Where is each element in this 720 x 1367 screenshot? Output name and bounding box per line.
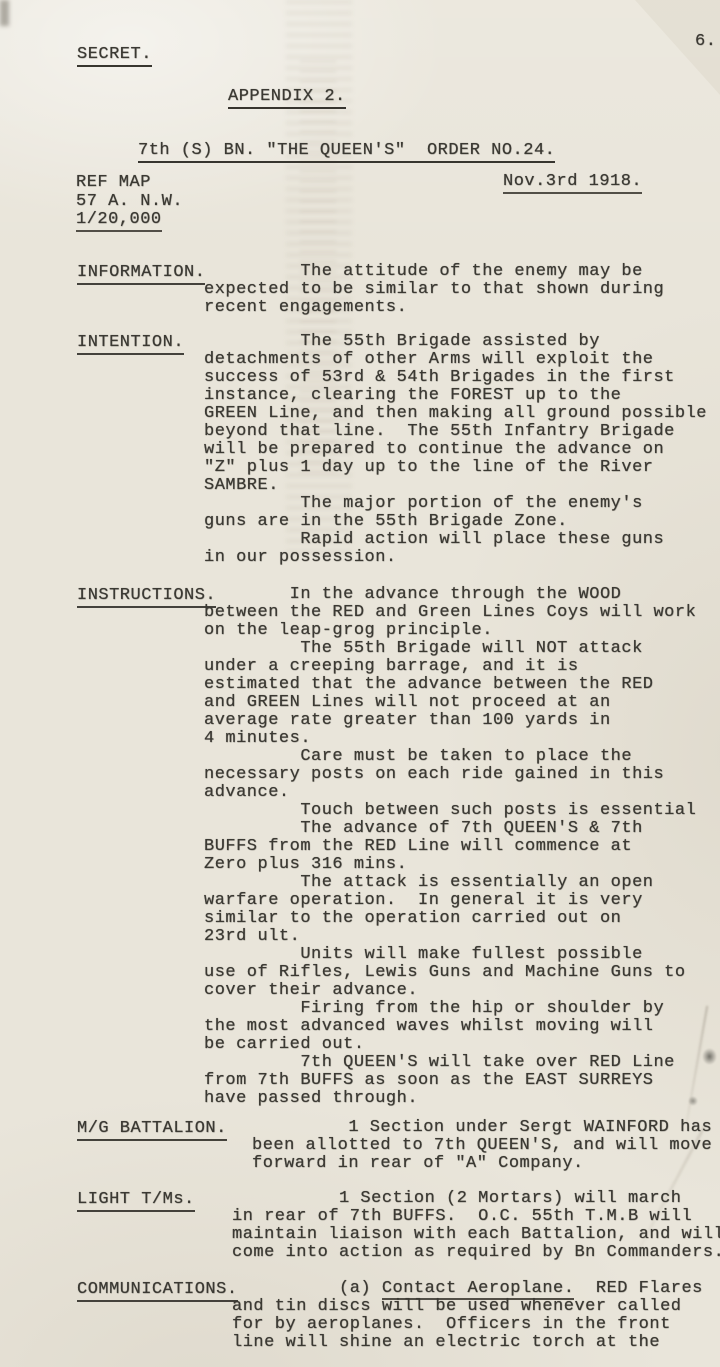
- section-body: The attitude of the enemy may beexpected…: [204, 263, 664, 317]
- body-line: Care must be taken to place the: [204, 748, 696, 766]
- body-line: "Z" plus 1 day up to the line of the Riv…: [204, 459, 707, 477]
- body-line: similar to the operation carried out on: [204, 910, 696, 928]
- body-line: come into action as required by Bn Comma…: [232, 1244, 720, 1262]
- body-line: success of 53rd & 54th Brigades in the f…: [204, 369, 707, 387]
- body-line: necessary posts on each ride gained in t…: [204, 766, 696, 784]
- body-line: warfare operation. In general it is very: [204, 892, 696, 910]
- body-line: Units will make fullest possible: [204, 946, 696, 964]
- body-line: The attack is essentially an open: [204, 874, 696, 892]
- body-line: The 55th Brigade assisted by: [204, 333, 707, 351]
- body-line: forward in rear of "A" Company.: [252, 1155, 712, 1173]
- section-body: 1 Section under Sergt WAINFORD hasbeen a…: [252, 1119, 712, 1173]
- body-line: recent engagements.: [204, 299, 664, 317]
- body-text-segment: RED Flares: [574, 1279, 702, 1298]
- body-line: and GREEN Lines will not proceed at an: [204, 694, 696, 712]
- body-line: maintain liaison with each Battalion, an…: [232, 1226, 720, 1244]
- corner-mark: [0, 0, 9, 26]
- body-line: detachments of other Arms will exploit t…: [204, 351, 707, 369]
- section-label: M/G BATTALION.: [77, 1119, 227, 1141]
- document-page: 6. SECRET. APPENDIX 2. 7th (S) BN. "THE …: [0, 0, 720, 1367]
- body-line: GREEN Line, and then making all ground p…: [204, 405, 707, 423]
- body-line: 1 Section (2 Mortars) will march: [232, 1190, 720, 1208]
- section-label: INTENTION.: [77, 333, 184, 355]
- appendix-heading: APPENDIX 2.: [228, 87, 346, 109]
- body-line: In the advance through the WOOD: [204, 586, 696, 604]
- body-line: Rapid action will place these guns: [204, 531, 707, 549]
- body-line: the most advanced waves whilst moving wi…: [204, 1018, 696, 1036]
- body-line: The attitude of the enemy may be: [204, 263, 664, 281]
- body-line: Touch between such posts is essential: [204, 802, 696, 820]
- body-line: 23rd ult.: [204, 928, 696, 946]
- classification-stamp: SECRET.: [77, 45, 152, 67]
- body-line: SAMBRE.: [204, 477, 707, 495]
- ink-smudge: [702, 1048, 717, 1065]
- section-body: In the advance through the WOODbetween t…: [204, 586, 696, 1108]
- body-line: use of Rifles, Lewis Guns and Machine Gu…: [204, 964, 696, 982]
- body-line: will be prepared to continue the advance…: [204, 441, 707, 459]
- body-line: and tin discs will be used whenever call…: [232, 1298, 703, 1316]
- order-date: Nov.3rd 1918.: [503, 172, 642, 194]
- section-body: (a) Contact Aeroplane. RED Flares and ti…: [232, 1280, 703, 1352]
- body-line: from 7th BUFFS as soon as the EAST SURRE…: [204, 1072, 696, 1090]
- section-body: 1 Section (2 Mortars) will marchin rear …: [232, 1190, 720, 1262]
- body-line: between the RED and Green Lines Coys wil…: [204, 604, 696, 622]
- section-label: LIGHT T/Ms.: [77, 1190, 195, 1212]
- body-line: on the leap-grog principle.: [204, 622, 696, 640]
- section-body: The 55th Brigade assisted bydetachments …: [204, 333, 707, 567]
- body-line: 7th QUEEN'S will take over RED Line: [204, 1054, 696, 1072]
- body-line: in rear of 7th BUFFS. O.C. 55th T.M.B wi…: [232, 1208, 720, 1226]
- body-line: beyond that line. The 55th Infantry Brig…: [204, 423, 707, 441]
- section-label: COMMUNICATIONS.: [77, 1280, 238, 1302]
- body-lines: and tin discs will be used whenever call…: [232, 1298, 703, 1352]
- body-line: 1 Section under Sergt WAINFORD has: [252, 1119, 712, 1137]
- body-text-segment: (a): [232, 1279, 382, 1298]
- body-line: been allotted to 7th QUEEN'S, and will m…: [252, 1137, 712, 1155]
- ref-map-scale: 1/20,000: [76, 210, 162, 232]
- body-line: estimated that the advance between the R…: [204, 676, 696, 694]
- body-line: have passed through.: [204, 1090, 696, 1108]
- body-line: Zero plus 316 mins.: [204, 856, 696, 874]
- ref-map-line: 57 A. N.W.: [76, 192, 183, 211]
- section-label: INSTRUCTIONS.: [77, 586, 216, 608]
- body-line: in our possession.: [204, 549, 707, 567]
- body-line: cover their advance.: [204, 982, 696, 1000]
- body-line: be carried out.: [204, 1036, 696, 1054]
- order-title: 7th (S) BN. "THE QUEEN'S" ORDER NO.24.: [138, 141, 555, 163]
- body-line: BUFFS from the RED Line will commence at: [204, 838, 696, 856]
- body-line: line will shine an electric torch at the: [232, 1334, 703, 1352]
- body-line: expected to be similar to that shown dur…: [204, 281, 664, 299]
- body-line: The 55th Brigade will NOT attack: [204, 640, 696, 658]
- body-line: The major portion of the enemy's: [204, 495, 707, 513]
- body-line: under a creeping barrage, and it is: [204, 658, 696, 676]
- body-line: guns are in the 55th Brigade Zone.: [204, 513, 707, 531]
- body-line: Firing from the hip or shoulder by: [204, 1000, 696, 1018]
- body-line: advance.: [204, 784, 696, 802]
- body-line: (a) Contact Aeroplane. RED Flares: [232, 1280, 703, 1298]
- body-line: for by aeroplanes. Officers in the front: [232, 1316, 703, 1334]
- body-line: instance, clearing the FOREST up to the: [204, 387, 707, 405]
- ref-map-line: REF MAP: [76, 173, 151, 192]
- body-line: average rate greater than 100 yards in: [204, 712, 696, 730]
- body-line: The advance of 7th QUEEN'S & 7th: [204, 820, 696, 838]
- section-label: INFORMATION.: [77, 263, 205, 285]
- page-number: 6.: [695, 32, 716, 51]
- body-line: 4 minutes.: [204, 730, 696, 748]
